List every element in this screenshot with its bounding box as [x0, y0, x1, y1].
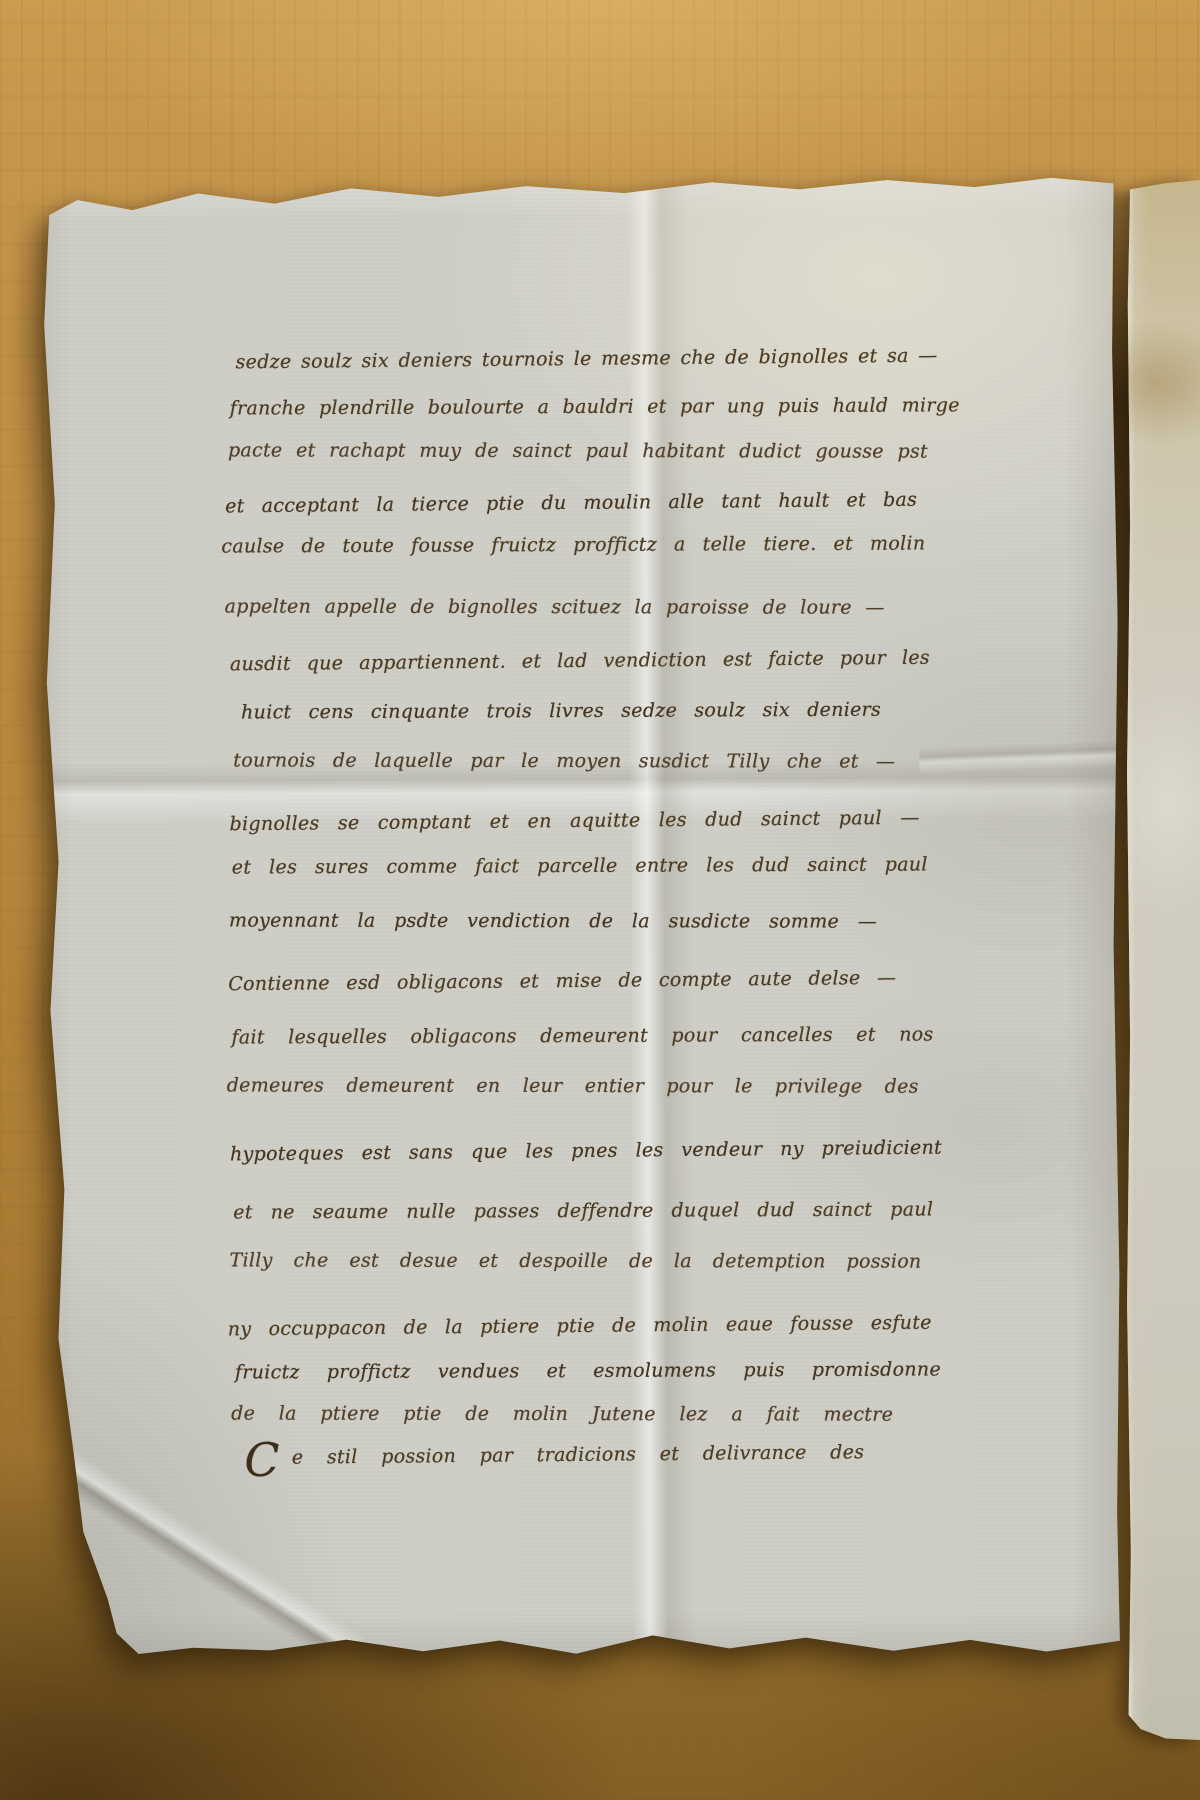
manuscript-line: hypoteques est sans que les pnes les ven… — [230, 1135, 942, 1168]
manuscript-line: tournois de laquelle par le moyen susdic… — [233, 747, 895, 774]
wooden-table-surface: sedze soulz six deniers tournois le mesm… — [0, 0, 1200, 1800]
manuscript-line: de la ptiere ptie de molin Jutene lez a … — [231, 1400, 893, 1427]
manuscript-line: Tilly che est desue et despoille de la d… — [229, 1247, 921, 1274]
manuscript-line: appelten appelle de bignolles scituez la… — [225, 594, 885, 621]
adjacent-page-edge — [1124, 180, 1200, 1740]
manuscript-paper: sedze soulz six deniers tournois le mesm… — [23, 172, 1123, 1667]
manuscript-line: et ne seaume nulle passes deffendre duqu… — [233, 1196, 933, 1225]
manuscript-line: moyennant la psdte vendiction de la susd… — [229, 908, 877, 935]
manuscript-line: huict cens cinquante trois livres sedze … — [241, 697, 881, 726]
manuscript-line: sedze soulz six deniers tournois le mesm… — [235, 343, 937, 376]
manuscript-line: bignolles se comptant et en aquitte les … — [229, 805, 919, 838]
manuscript-line: caulse de toute fousse fruictz proffictz… — [221, 530, 925, 559]
manuscript-line: et les sures comme faict parcelle entre … — [232, 851, 928, 880]
manuscript-line: pacte et rachapt muy de sainct paul habi… — [228, 437, 928, 464]
manuscript-line: ny occuppacon de la ptiere ptie de molin… — [228, 1310, 932, 1343]
adjacent-page-paper — [1124, 180, 1200, 1740]
manuscript-line: franche plendrille boulourte a bauldri e… — [230, 392, 960, 421]
manuscript-line: et acceptant la tierce ptie du moulin al… — [225, 487, 917, 520]
manuscript-line: fruictz proffictz vendues et esmolumens … — [235, 1356, 941, 1385]
manuscript-line: fait lesquelles obligacons demeurent pou… — [231, 1021, 933, 1050]
manuscript-line: demeures demeurent en leur entier pour l… — [227, 1072, 919, 1099]
manuscript-line: Contienne esd obligacons et mise de comp… — [228, 965, 896, 997]
drop-initial-letter: C — [244, 1433, 280, 1487]
handwritten-text-block: sedze soulz six deniers tournois le mesm… — [23, 172, 1123, 1667]
manuscript-final-line-text: e stil possion par tradicions et delivra… — [292, 1441, 865, 1468]
manuscript-page: sedze soulz six deniers tournois le mesm… — [26, 174, 1120, 1664]
manuscript-final-line: Ce stil possion par tradicions et delivr… — [244, 1439, 865, 1501]
manuscript-line: ausdit que appartiennent. et lad vendict… — [230, 645, 930, 678]
